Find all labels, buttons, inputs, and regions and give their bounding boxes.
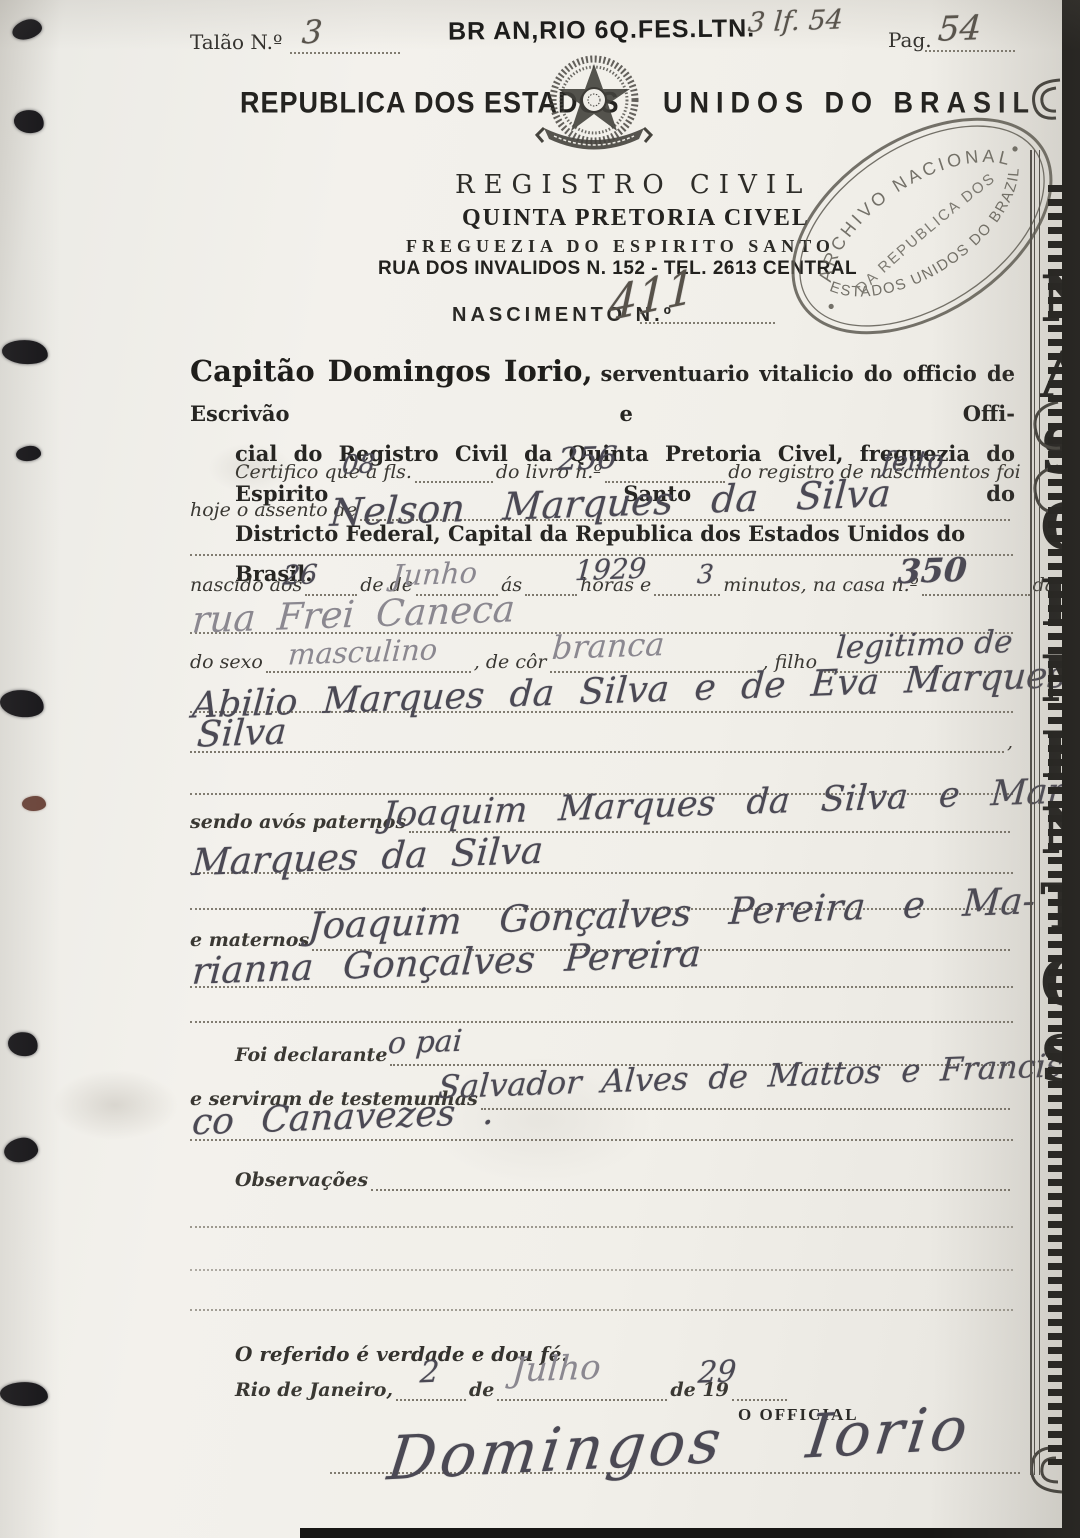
- fls-blank: [415, 457, 493, 483]
- pais-row-2: ,: [190, 729, 1013, 753]
- dark-scan-edge: [1062, 0, 1080, 1538]
- dia-value: 26: [282, 561, 318, 589]
- avos-paternos-label: sendo avós paternos: [190, 813, 406, 833]
- official-signature: Domingos Iorio: [385, 1399, 975, 1490]
- pag-dotted-line: [925, 40, 1015, 52]
- red-ink-blob: [22, 796, 46, 811]
- date-mes-value: Julho: [511, 1350, 602, 1387]
- mes-value: Junho: [391, 558, 478, 590]
- sexo-value: masculino: [287, 635, 438, 669]
- bottom-scan-edge: [300, 1528, 1080, 1538]
- pretoria-title: QUINTA PRETORIA CIVEL: [462, 205, 810, 232]
- ink-blob: [10, 16, 44, 42]
- facing-page-border-lines: [1030, 150, 1040, 1475]
- livro-value: 256: [557, 443, 618, 476]
- serrated-page-edge: [1048, 185, 1062, 1465]
- de-label-1: de: [469, 1381, 494, 1401]
- archive-note-handwritten: 3 lf. 54: [747, 6, 844, 36]
- casa-value: 350: [897, 553, 968, 589]
- pais-comma: ,: [1007, 733, 1013, 753]
- sexo-label: do sexo: [190, 653, 263, 673]
- talao-label: Talão N.º: [190, 30, 282, 54]
- stamp-text-bottom: ESTADOS UNIDOS DO BRAZIL: [822, 159, 1048, 334]
- certifico-label-1: Certifico que a fls.: [235, 463, 412, 483]
- birth-certificate-page: Talão N.º 3 BR AN,RIO 6Q.FES.LTN. 3 lf. …: [0, 0, 1080, 1538]
- empty-dotted-4: [190, 1011, 1013, 1023]
- official-name-bold: Capitão Domingos Iorio,: [190, 354, 593, 388]
- date-dia-value: 2: [419, 1358, 440, 1389]
- declarante-value: o pai: [387, 1027, 463, 1060]
- rua-value: rua Frei Caneca: [191, 590, 516, 638]
- pais-blank-2: [190, 727, 1004, 753]
- hora-blank: [525, 570, 577, 596]
- ink-blob: [6, 1029, 40, 1059]
- pais-line2: Silva: [196, 714, 288, 753]
- observacoes-row: Observações: [235, 1167, 1013, 1191]
- brazil-coat-of-arms: [532, 52, 657, 164]
- registro-civil-title: REGISTRO CIVIL: [455, 170, 811, 200]
- ink-blob: [0, 1381, 49, 1407]
- empty-dotted-6: [190, 1259, 1013, 1271]
- border-ornament-top: [1016, 74, 1064, 136]
- ink-blob: [15, 445, 41, 462]
- archive-reference-stamp: BR AN,RIO 6Q.FES.LTN.: [448, 14, 755, 46]
- observacoes-label: Observações: [235, 1171, 368, 1191]
- declarante-label: Foi declarante: [235, 1046, 387, 1066]
- empty-dotted-5: [190, 1216, 1013, 1228]
- date-ano-value: 29: [697, 1357, 737, 1388]
- empty-dotted-7: [190, 1299, 1013, 1311]
- hora-value: 3: [696, 562, 714, 589]
- talao-dotted-line: [290, 42, 400, 54]
- svg-text:ESTADOS UNIDOS DO BRAZIL: ESTADOS UNIDOS DO BRAZIL: [822, 159, 1048, 334]
- ink-blob: [12, 108, 46, 136]
- observacoes-blank: [371, 1165, 1010, 1191]
- ink-blob: [1, 338, 49, 366]
- stamp-text-top: ARCHIVO NACIONAL: [791, 113, 1022, 291]
- svg-text:ARCHIVO NACIONAL: ARCHIVO NACIONAL: [791, 113, 1022, 291]
- ink-blob: [2, 1136, 39, 1164]
- nascido-label-6: minutos, na casa n.º: [723, 576, 918, 596]
- ink-blob: [0, 687, 46, 720]
- cidade-label: Rio de Janeiro,: [235, 1381, 393, 1401]
- cor-label: , de côr: [474, 653, 547, 673]
- cor-value: branca: [551, 628, 666, 664]
- ano-value: 1929: [574, 555, 647, 586]
- date-ano-blank: [732, 1375, 787, 1401]
- fls-value: 08: [341, 451, 376, 478]
